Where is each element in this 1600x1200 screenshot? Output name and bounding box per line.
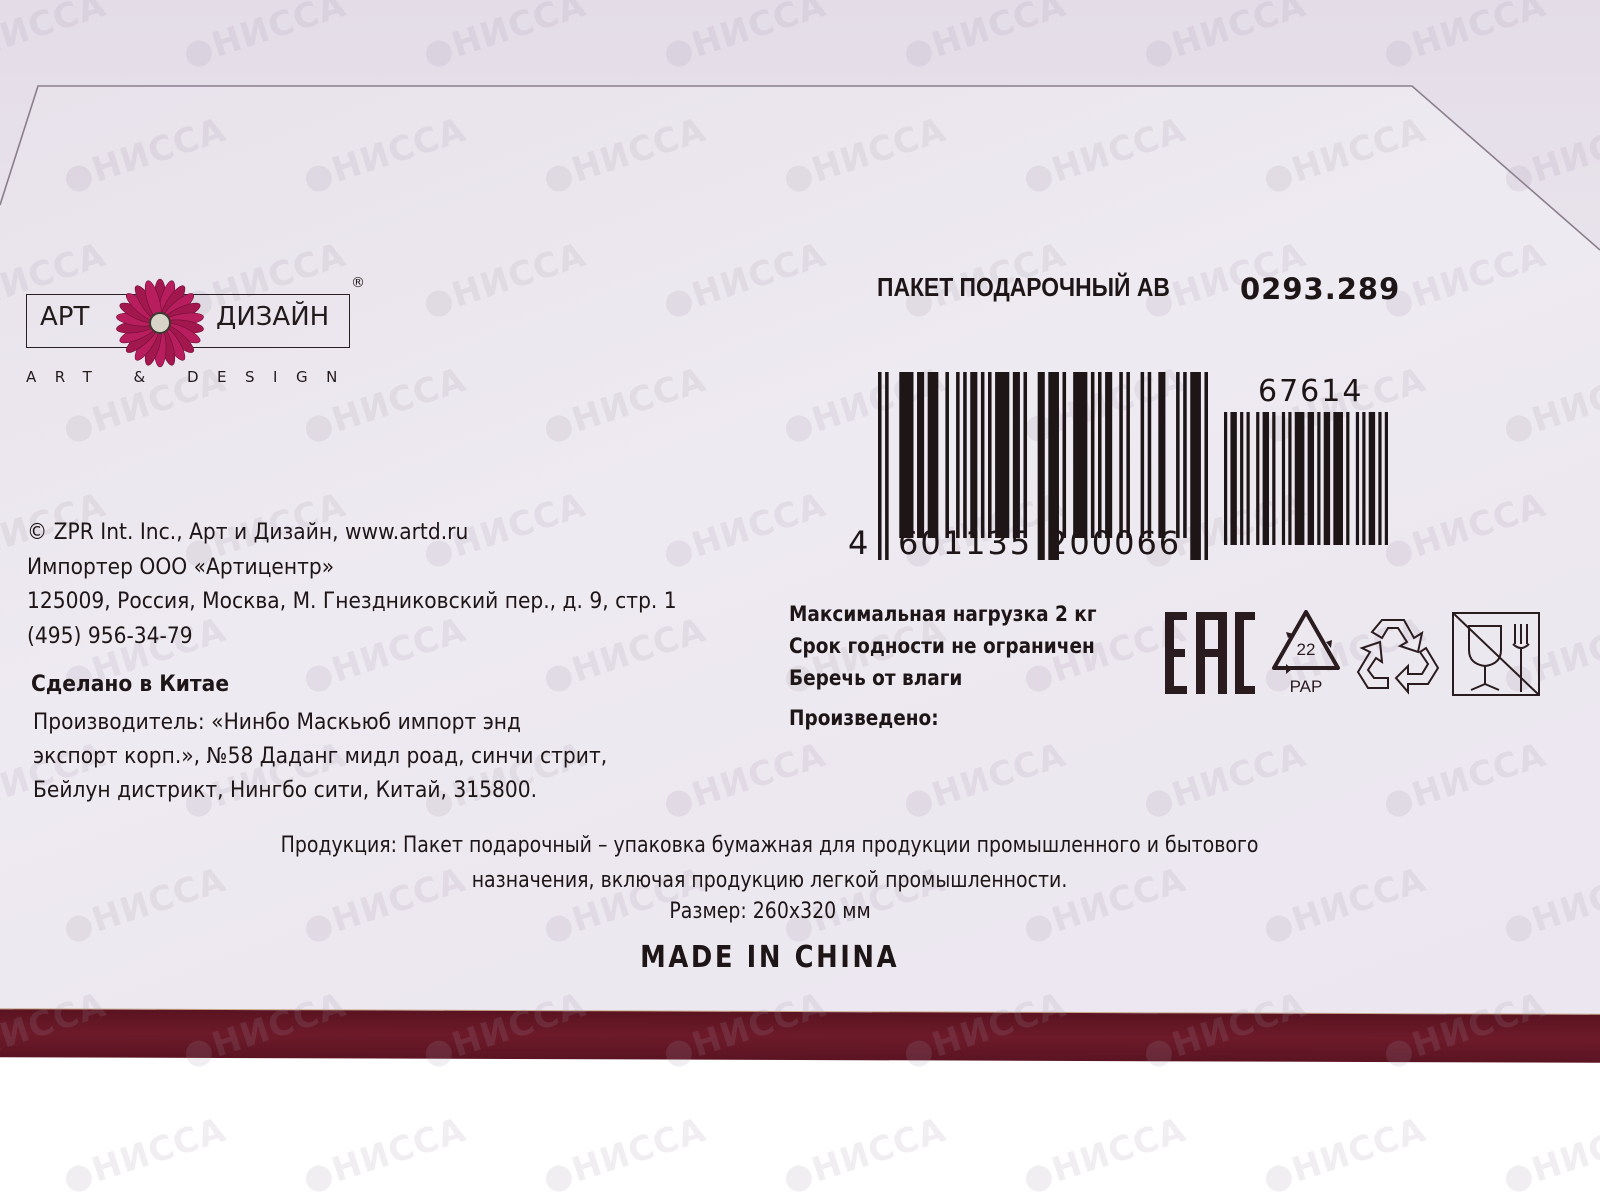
keep-dry-line: Беречь от влаги — [789, 662, 1096, 694]
max-load-line: Максимальная нагрузка 2 кг — [789, 598, 1096, 630]
watermark-text: ●НИССА — [1498, 1110, 1600, 1200]
recycle-pap-icon: 22 PAP — [1266, 606, 1346, 698]
watermark-text: ●НИССА — [538, 1110, 711, 1200]
daisy-flower-icon — [110, 278, 210, 368]
logo-word-design: ДИЗАЙН — [216, 302, 329, 332]
importer-info: © ZPR Int. Inc., Арт и Дизайн, www.artd.… — [27, 516, 677, 654]
phone-line: (495) 956-34-79 — [27, 620, 677, 655]
product-code: 0293.289 — [1240, 272, 1400, 306]
watermark-text: ●НИССА — [1018, 1110, 1191, 1200]
product-title: ПАКЕТ ПОДАРОЧНЫЙ АВ — [877, 272, 1170, 303]
svg-text:PAP: PAP — [1290, 677, 1323, 696]
logo-word-art: АРТ — [40, 302, 89, 332]
usage-info: Максимальная нагрузка 2 кг Срок годности… — [789, 598, 1096, 694]
not-for-food-icon — [1451, 610, 1541, 698]
manufacturer-line: Производитель: «Нинбо Маскьюб импорт энд — [33, 706, 607, 740]
manufacturer-line: Бейлун дистрикт, Нингбо сити, Китай, 315… — [33, 774, 607, 808]
manufacturer-info: Производитель: «Нинбо Маскьюб импорт энд… — [33, 706, 607, 808]
logo-subtitle: ART & DESIGN — [26, 368, 356, 386]
addon-barcode — [1224, 412, 1388, 545]
manufacturer-line: экспорт корп.», №58 Даданг мидл роад, си… — [33, 740, 607, 774]
importer-line: Импортер ООО «Артицентр» — [27, 551, 677, 586]
eac-mark-icon — [1163, 610, 1255, 696]
maroon-border-strip — [0, 1009, 1600, 1063]
registered-mark: ® — [351, 275, 365, 291]
barcode-first-digit: 4 — [848, 524, 870, 562]
watermark-text: ●НИССА — [778, 1110, 951, 1200]
description-line: Продукция: Пакет подарочный – упаковка б… — [281, 828, 1259, 863]
watermark-text: ●НИССА — [58, 1110, 231, 1200]
produced-label: Произведено: — [789, 706, 939, 730]
watermark-text: ●НИССА — [298, 1110, 471, 1200]
description-line: назначения, включая продукцию легкой про… — [281, 863, 1259, 898]
brand-logo: АРТ ДИЗАЙН ® ART & DESIGN — [26, 280, 371, 390]
barcode-addon-digits: 67614 — [1258, 374, 1363, 409]
svg-text:22: 22 — [1297, 640, 1316, 659]
made-in-china: MADE IN CHINA — [0, 940, 1540, 975]
address-line: 125009, Россия, Москва, М. Гнездниковски… — [27, 585, 677, 620]
shelf-life-line: Срок годности не ограничен — [789, 630, 1096, 662]
made-in-heading: Сделано в Китае — [31, 672, 229, 697]
barcode-left-group: 601135 — [898, 524, 1032, 562]
barcode-right-group: 200066 — [1047, 524, 1181, 562]
product-size: Размер: 260x320 мм — [0, 899, 1540, 924]
copyright-line: © ZPR Int. Inc., Арт и Дизайн, www.artd.… — [27, 516, 677, 551]
watermark-text: ●НИССА — [1258, 1110, 1431, 1200]
product-description: Продукция: Пакет подарочный – упаковка б… — [0, 828, 1540, 898]
recycle-icon — [1352, 612, 1444, 696]
